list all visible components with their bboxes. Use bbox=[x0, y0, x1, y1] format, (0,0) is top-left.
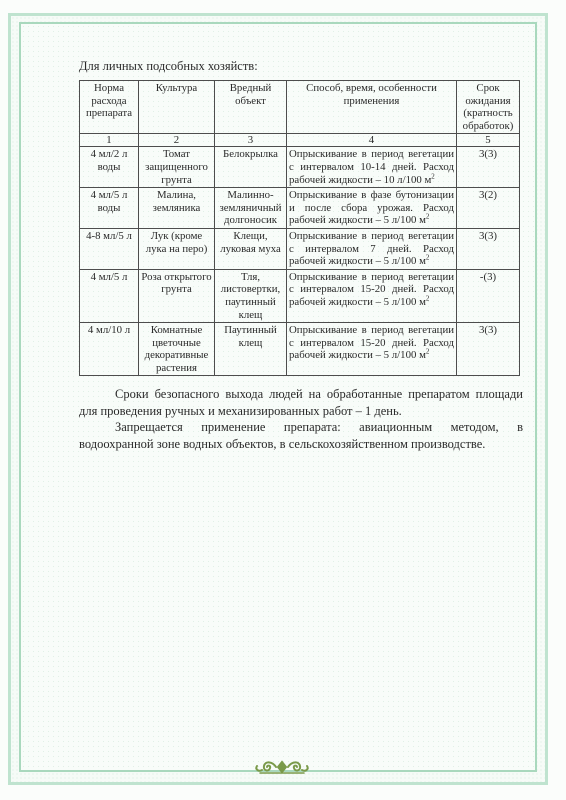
cell-method: Опрыскивание в период вегетации с интерв… bbox=[287, 147, 457, 188]
cell-method: Опрыскивание в период вегетации с интерв… bbox=[287, 228, 457, 269]
application-table: Норма расхода препарата Культура Вредный… bbox=[79, 80, 520, 376]
cell-wait: -(3) bbox=[457, 269, 520, 322]
table-row: 4-8 мл/5 л Лук (кроме лука на перо) Клещ… bbox=[80, 228, 520, 269]
cell-rate: 4 мл/10 л bbox=[80, 323, 139, 376]
document-page: Для личных подсобных хозяйств: Норма рас… bbox=[0, 0, 566, 800]
cell-method: Опрыскивание в период вегетации с интерв… bbox=[287, 323, 457, 376]
ornament-icon bbox=[252, 758, 312, 776]
table-row: 4 мл/2 л воды Томат защищенного грунта Б… bbox=[80, 147, 520, 188]
column-number-row: 1 2 3 4 5 bbox=[80, 134, 520, 147]
cell-wait: 3(2) bbox=[457, 188, 520, 229]
cell-crop: Малина, земляника bbox=[139, 188, 215, 229]
cell-rate: 4-8 мл/5 л bbox=[80, 228, 139, 269]
header-crop: Культура bbox=[139, 81, 215, 134]
cell-rate: 4 мл/5 л воды bbox=[80, 188, 139, 229]
cell-pest: Паутинный клещ bbox=[215, 323, 287, 376]
cell-pest: Белокрылка bbox=[215, 147, 287, 188]
safety-paragraph: Сроки безопасного выхода людей на обрабо… bbox=[79, 386, 523, 419]
header-method: Способ, время, особенности применения bbox=[287, 81, 457, 134]
header-rate: Норма расхода препарата bbox=[80, 81, 139, 134]
table-row: 4 мл/5 л Роза открытого грунта Тля, лист… bbox=[80, 269, 520, 322]
table-row: 4 мл/10 л Комнатные цветочные декоративн… bbox=[80, 323, 520, 376]
column-number: 1 bbox=[80, 134, 139, 147]
column-number: 5 bbox=[457, 134, 520, 147]
cell-wait: 3(3) bbox=[457, 228, 520, 269]
cell-pest: Клещи, луковая муха bbox=[215, 228, 287, 269]
table-header-row: Норма расхода препарата Культура Вредный… bbox=[80, 81, 520, 134]
cell-pest: Малинно-земляничный долгоносик bbox=[215, 188, 287, 229]
table-row: 4 мл/5 л воды Малина, земляника Малинно-… bbox=[80, 188, 520, 229]
column-number: 2 bbox=[139, 134, 215, 147]
cell-wait: 3(3) bbox=[457, 147, 520, 188]
cell-wait: 3(3) bbox=[457, 323, 520, 376]
cell-rate: 4 мл/2 л воды bbox=[80, 147, 139, 188]
cell-pest: Тля, листовертки, паутинный клещ bbox=[215, 269, 287, 322]
intro-heading: Для личных подсобных хозяйств: bbox=[79, 58, 258, 74]
cell-crop: Роза открытого грунта bbox=[139, 269, 215, 322]
cell-crop: Томат защищенного грунта bbox=[139, 147, 215, 188]
cell-rate: 4 мл/5 л bbox=[80, 269, 139, 322]
column-number: 3 bbox=[215, 134, 287, 147]
column-number: 4 bbox=[287, 134, 457, 147]
cell-crop: Лук (кроме лука на перо) bbox=[139, 228, 215, 269]
cell-method: Опрыскивание в период вегетации с интерв… bbox=[287, 269, 457, 322]
prohibition-paragraph: Запрещается применение препарата: авиаци… bbox=[79, 419, 523, 452]
header-pest: Вредный объект bbox=[215, 81, 287, 134]
header-wait: Срок ожидания (кратность обработок) bbox=[457, 81, 520, 134]
cell-method: Опрыскивание в фазе бутонизации и после … bbox=[287, 188, 457, 229]
cell-crop: Комнатные цветочные декоративные растени… bbox=[139, 323, 215, 376]
